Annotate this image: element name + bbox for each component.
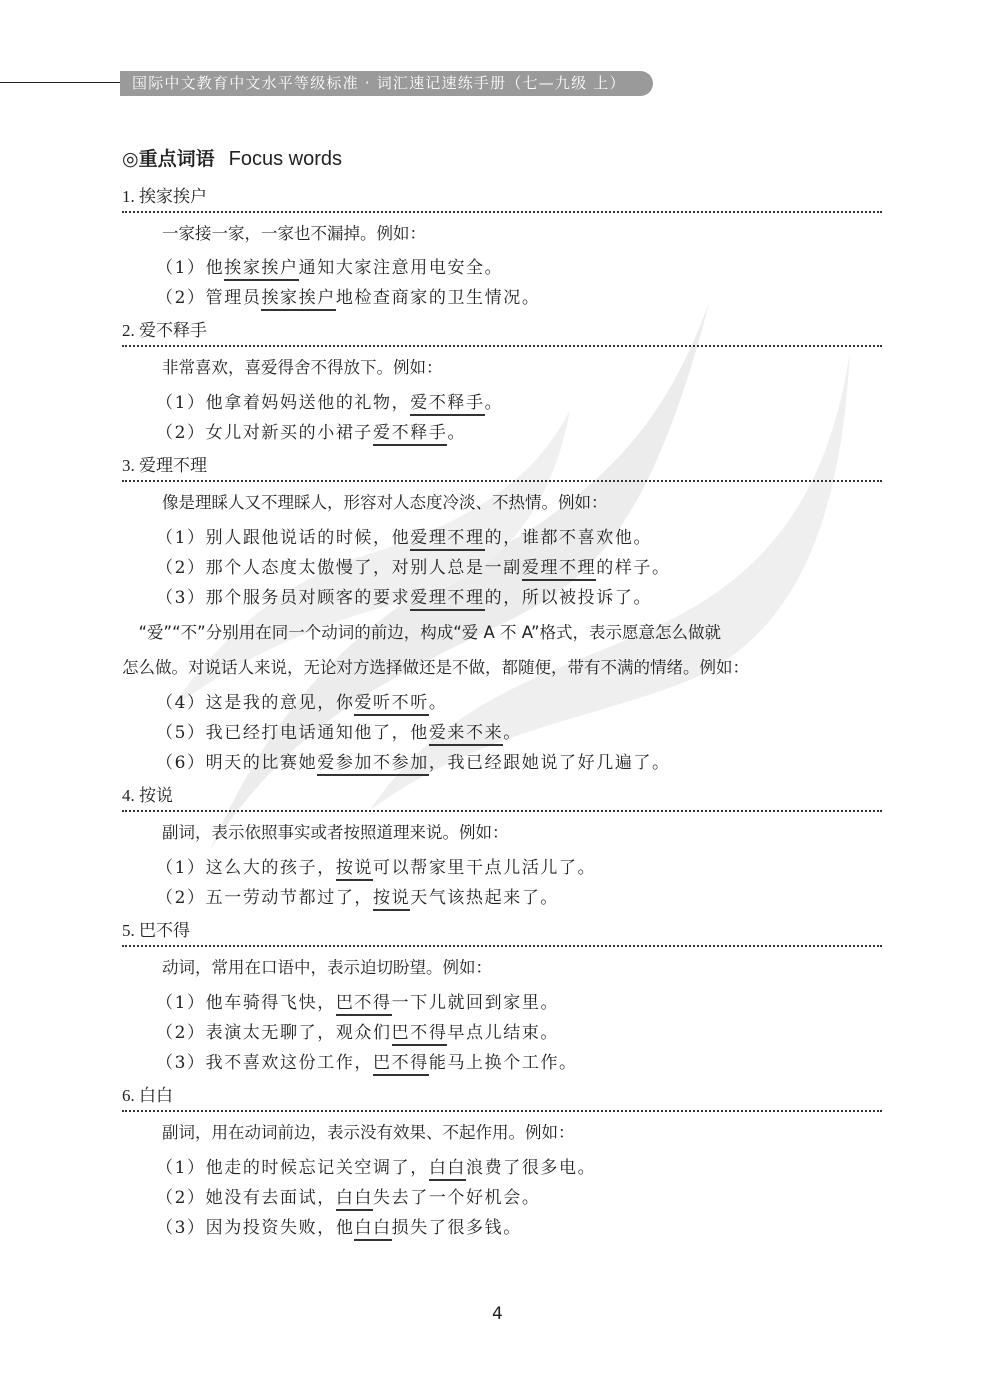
example-sentence: （2）女儿对新买的小裙子爱不释手。 bbox=[156, 421, 466, 445]
entry-title: 4. 按说 bbox=[122, 785, 882, 812]
key-word: 白白 bbox=[336, 1188, 373, 1211]
key-word: 爱来不来 bbox=[429, 723, 503, 746]
entry-title: 5. 巴不得 bbox=[122, 920, 882, 947]
key-word: 爱理不理 bbox=[522, 558, 596, 581]
key-word: 巴不得 bbox=[373, 1053, 429, 1076]
key-word: 挨家挨户 bbox=[224, 258, 298, 281]
key-word: 爱不释手 bbox=[373, 423, 447, 446]
example-sentence: （1）他挨家挨户通知大家注意用电安全。 bbox=[156, 256, 503, 280]
key-word: 巴不得 bbox=[336, 993, 392, 1016]
example-sentence: （3）我不喜欢这份工作，巴不得能马上换个工作。 bbox=[156, 1051, 578, 1075]
entry-definition: 一家接一家，一家也不漏掉。例如： bbox=[162, 222, 426, 246]
entry-title: 3. 爱理不理 bbox=[122, 455, 882, 482]
example-sentence: （1）别人跟他说话的时候，他爱理不理的，谁都不喜欢他。 bbox=[156, 526, 652, 550]
example-sentence: （1）他车骑得飞快，巴不得一下儿就回到家里。 bbox=[156, 991, 559, 1015]
example-sentence: （2）表演太无聊了，观众们巴不得早点儿结束。 bbox=[156, 1021, 559, 1045]
example-sentence: （2）她没有去面试，白白失去了一个好机会。 bbox=[156, 1186, 540, 1210]
example-sentence: （2）管理员挨家挨户地检查商家的卫生情况。 bbox=[156, 286, 540, 310]
key-word: 挨家挨户 bbox=[261, 288, 335, 311]
example-sentence: （1）他走的时候忘记关空调了，白白浪费了很多电。 bbox=[156, 1156, 596, 1180]
section-heading: ◎重点词语Focus words bbox=[122, 144, 342, 171]
key-word: 爱理不理 bbox=[410, 528, 484, 551]
key-word: 按说 bbox=[373, 888, 410, 911]
usage-note: “爱”“不”分别用在同一个动词的前边，构成“爱 A 不 A”格式，表示愿意怎么做… bbox=[122, 621, 721, 645]
key-word: 白白 bbox=[354, 1218, 391, 1241]
entry-title: 1. 挨家挨户 bbox=[122, 186, 882, 213]
example-sentence: （3）那个服务员对顾客的要求爱理不理的，所以被投诉了。 bbox=[156, 586, 652, 610]
key-word: 白白 bbox=[429, 1158, 466, 1181]
example-sentence: （6）明天的比赛她爱参加不参加，我已经跟她说了好几遍了。 bbox=[156, 751, 671, 775]
entry-definition: 像是理睬人又不理睬人，形容对人态度冷淡、不热情。例如： bbox=[162, 491, 608, 515]
key-word: 爱参加不参加 bbox=[317, 753, 429, 776]
running-header: 国际中文教育中文水平等级标准 · 词汇速记速练手册（七—九级 上） bbox=[120, 71, 653, 96]
entry-definition: 非常喜欢，喜爱得舍不得放下。例如： bbox=[162, 356, 443, 380]
example-sentence: （2）五一劳动节都过了，按说天气该热起来了。 bbox=[156, 886, 559, 910]
example-sentence: （1）他拿着妈妈送他的礼物，爱不释手。 bbox=[156, 391, 503, 415]
example-sentence: （1）这么大的孩子，按说可以帮家里干点儿活儿了。 bbox=[156, 856, 596, 880]
key-word: 爱听不听 bbox=[354, 693, 428, 716]
entry-definition: 副词，用在动词前边，表示没有效果、不起作用。例如： bbox=[162, 1121, 575, 1145]
example-sentence: （4）这是我的意见，你爱听不听。 bbox=[156, 691, 447, 715]
example-sentence: （3）因为投资失败，他白白损失了很多钱。 bbox=[156, 1216, 522, 1240]
entry-definition: 动词，常用在口语中，表示迫切盼望。例如： bbox=[162, 956, 492, 980]
section-title-cn: 重点词语 bbox=[139, 148, 215, 170]
key-word: 按说 bbox=[336, 858, 373, 881]
header-rule bbox=[0, 82, 122, 83]
example-sentence: （5）我已经打电话通知他了，他爱来不来。 bbox=[156, 721, 522, 745]
entry-title: 2. 爱不释手 bbox=[122, 320, 882, 347]
key-word: 巴不得 bbox=[392, 1023, 448, 1046]
key-word: 爱不释手 bbox=[410, 393, 484, 416]
section-title-en: Focus words bbox=[229, 148, 342, 170]
key-word: 爱理不理 bbox=[410, 588, 484, 611]
example-sentence: （2）那个人态度太傲慢了，对别人总是一副爱理不理的样子。 bbox=[156, 556, 671, 580]
page-number: 4 bbox=[492, 1304, 503, 1324]
usage-note: 怎么做。对说话人来说，无论对方选择做还是不做，都随便，带有不满的情绪。例如： bbox=[122, 656, 749, 680]
entry-title: 6. 白白 bbox=[122, 1085, 882, 1112]
entry-definition: 副词，表示依照事实或者按照道理来说。例如： bbox=[162, 821, 509, 845]
circle-marker-icon: ◎ bbox=[122, 148, 139, 170]
